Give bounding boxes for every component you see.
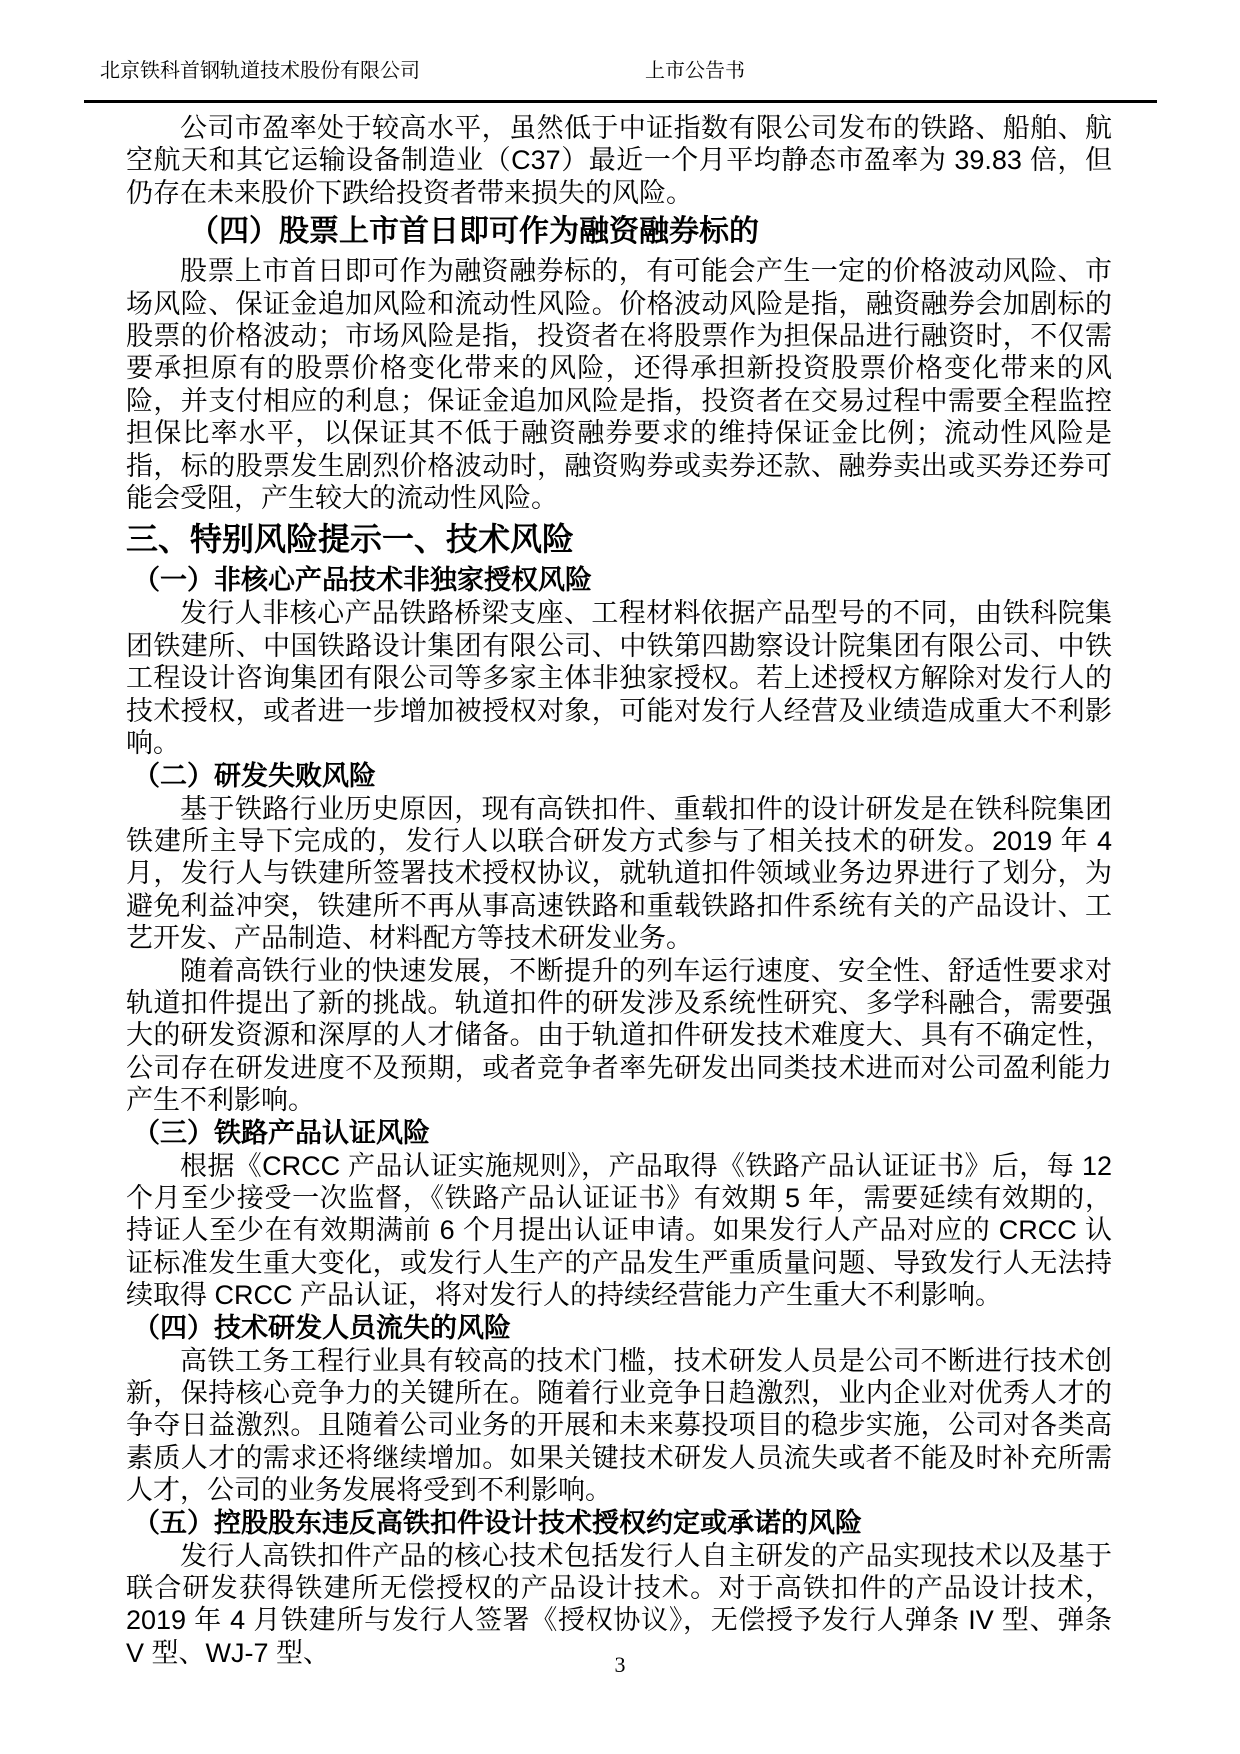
heading-sub2-rd-failure: （二）研发失败风险	[126, 760, 1112, 793]
document-body: 公司市盈率处于较高水平，虽然低于中证指数有限公司发布的铁路、船舶、航空航天和其它…	[126, 112, 1112, 1669]
paragraph-rd-history: 基于铁路行业历史原因，现有高铁扣件、重载扣件的设计研发是在铁科院集团铁建所主导下…	[126, 793, 1112, 955]
heading-sec4-margin-trading: （四）股票上市首日即可作为融资融券标的	[126, 211, 1112, 253]
page-header: 北京铁科首钢轨道技术股份有限公司 上市公告书	[100, 56, 1156, 86]
document-page: 北京铁科首钢轨道技术股份有限公司 上市公告书 公司市盈率处于较高水平，虽然低于中…	[0, 0, 1240, 1754]
paragraph-crcc-certification: 根据《CRCC 产品认证实施规则》，产品取得《铁路产品认证证书》后，每 12 个…	[126, 1150, 1112, 1312]
header-doc-title: 上市公告书	[645, 56, 745, 86]
heading-sub1-nonexclusive: （一）非核心产品技术非独家授权风险	[126, 564, 1112, 597]
paragraph-license-agreement: 发行人高铁扣件产品的核心技术包括发行人自主研发的产品实现技术以及基于联合研发获得…	[126, 1540, 1112, 1670]
paragraph-talent-loss-risk: 高铁工务工程行业具有较高的技术门槛，技术研发人员是公司不断进行技术创新，保持核心…	[126, 1345, 1112, 1507]
heading-special-risk-tech: 三、特别风险提示一、技术风险	[126, 516, 1112, 562]
paragraph-nonexclusive-risk: 发行人非核心产品铁路桥梁支座、工程材料依据产品型号的不同，由铁科院集团铁建所、中…	[126, 597, 1112, 759]
heading-sub4-talent-loss: （四）技术研发人员流失的风险	[126, 1312, 1112, 1345]
paragraph-pe-ratio-risk: 公司市盈率处于较高水平，虽然低于中证指数有限公司发布的铁路、船舶、航空航天和其它…	[126, 112, 1112, 209]
header-company-name: 北京铁科首钢轨道技术股份有限公司	[100, 56, 420, 86]
paragraph-margin-trading-risk: 股票上市首日即可作为融资融券标的，有可能会产生一定的价格波动风险、市场风险、保证…	[126, 255, 1112, 514]
heading-sub3-certification: （三）铁路产品认证风险	[126, 1117, 1112, 1150]
header-divider-line	[84, 100, 1157, 103]
page-number: 3	[0, 1652, 1240, 1678]
heading-sub5-shareholder-breach: （五）控股股东违反高铁扣件设计技术授权约定或承诺的风险	[126, 1507, 1112, 1540]
paragraph-rd-challenge: 随着高铁行业的快速发展，不断提升的列车运行速度、安全性、舒适性要求对轨道扣件提出…	[126, 955, 1112, 1117]
